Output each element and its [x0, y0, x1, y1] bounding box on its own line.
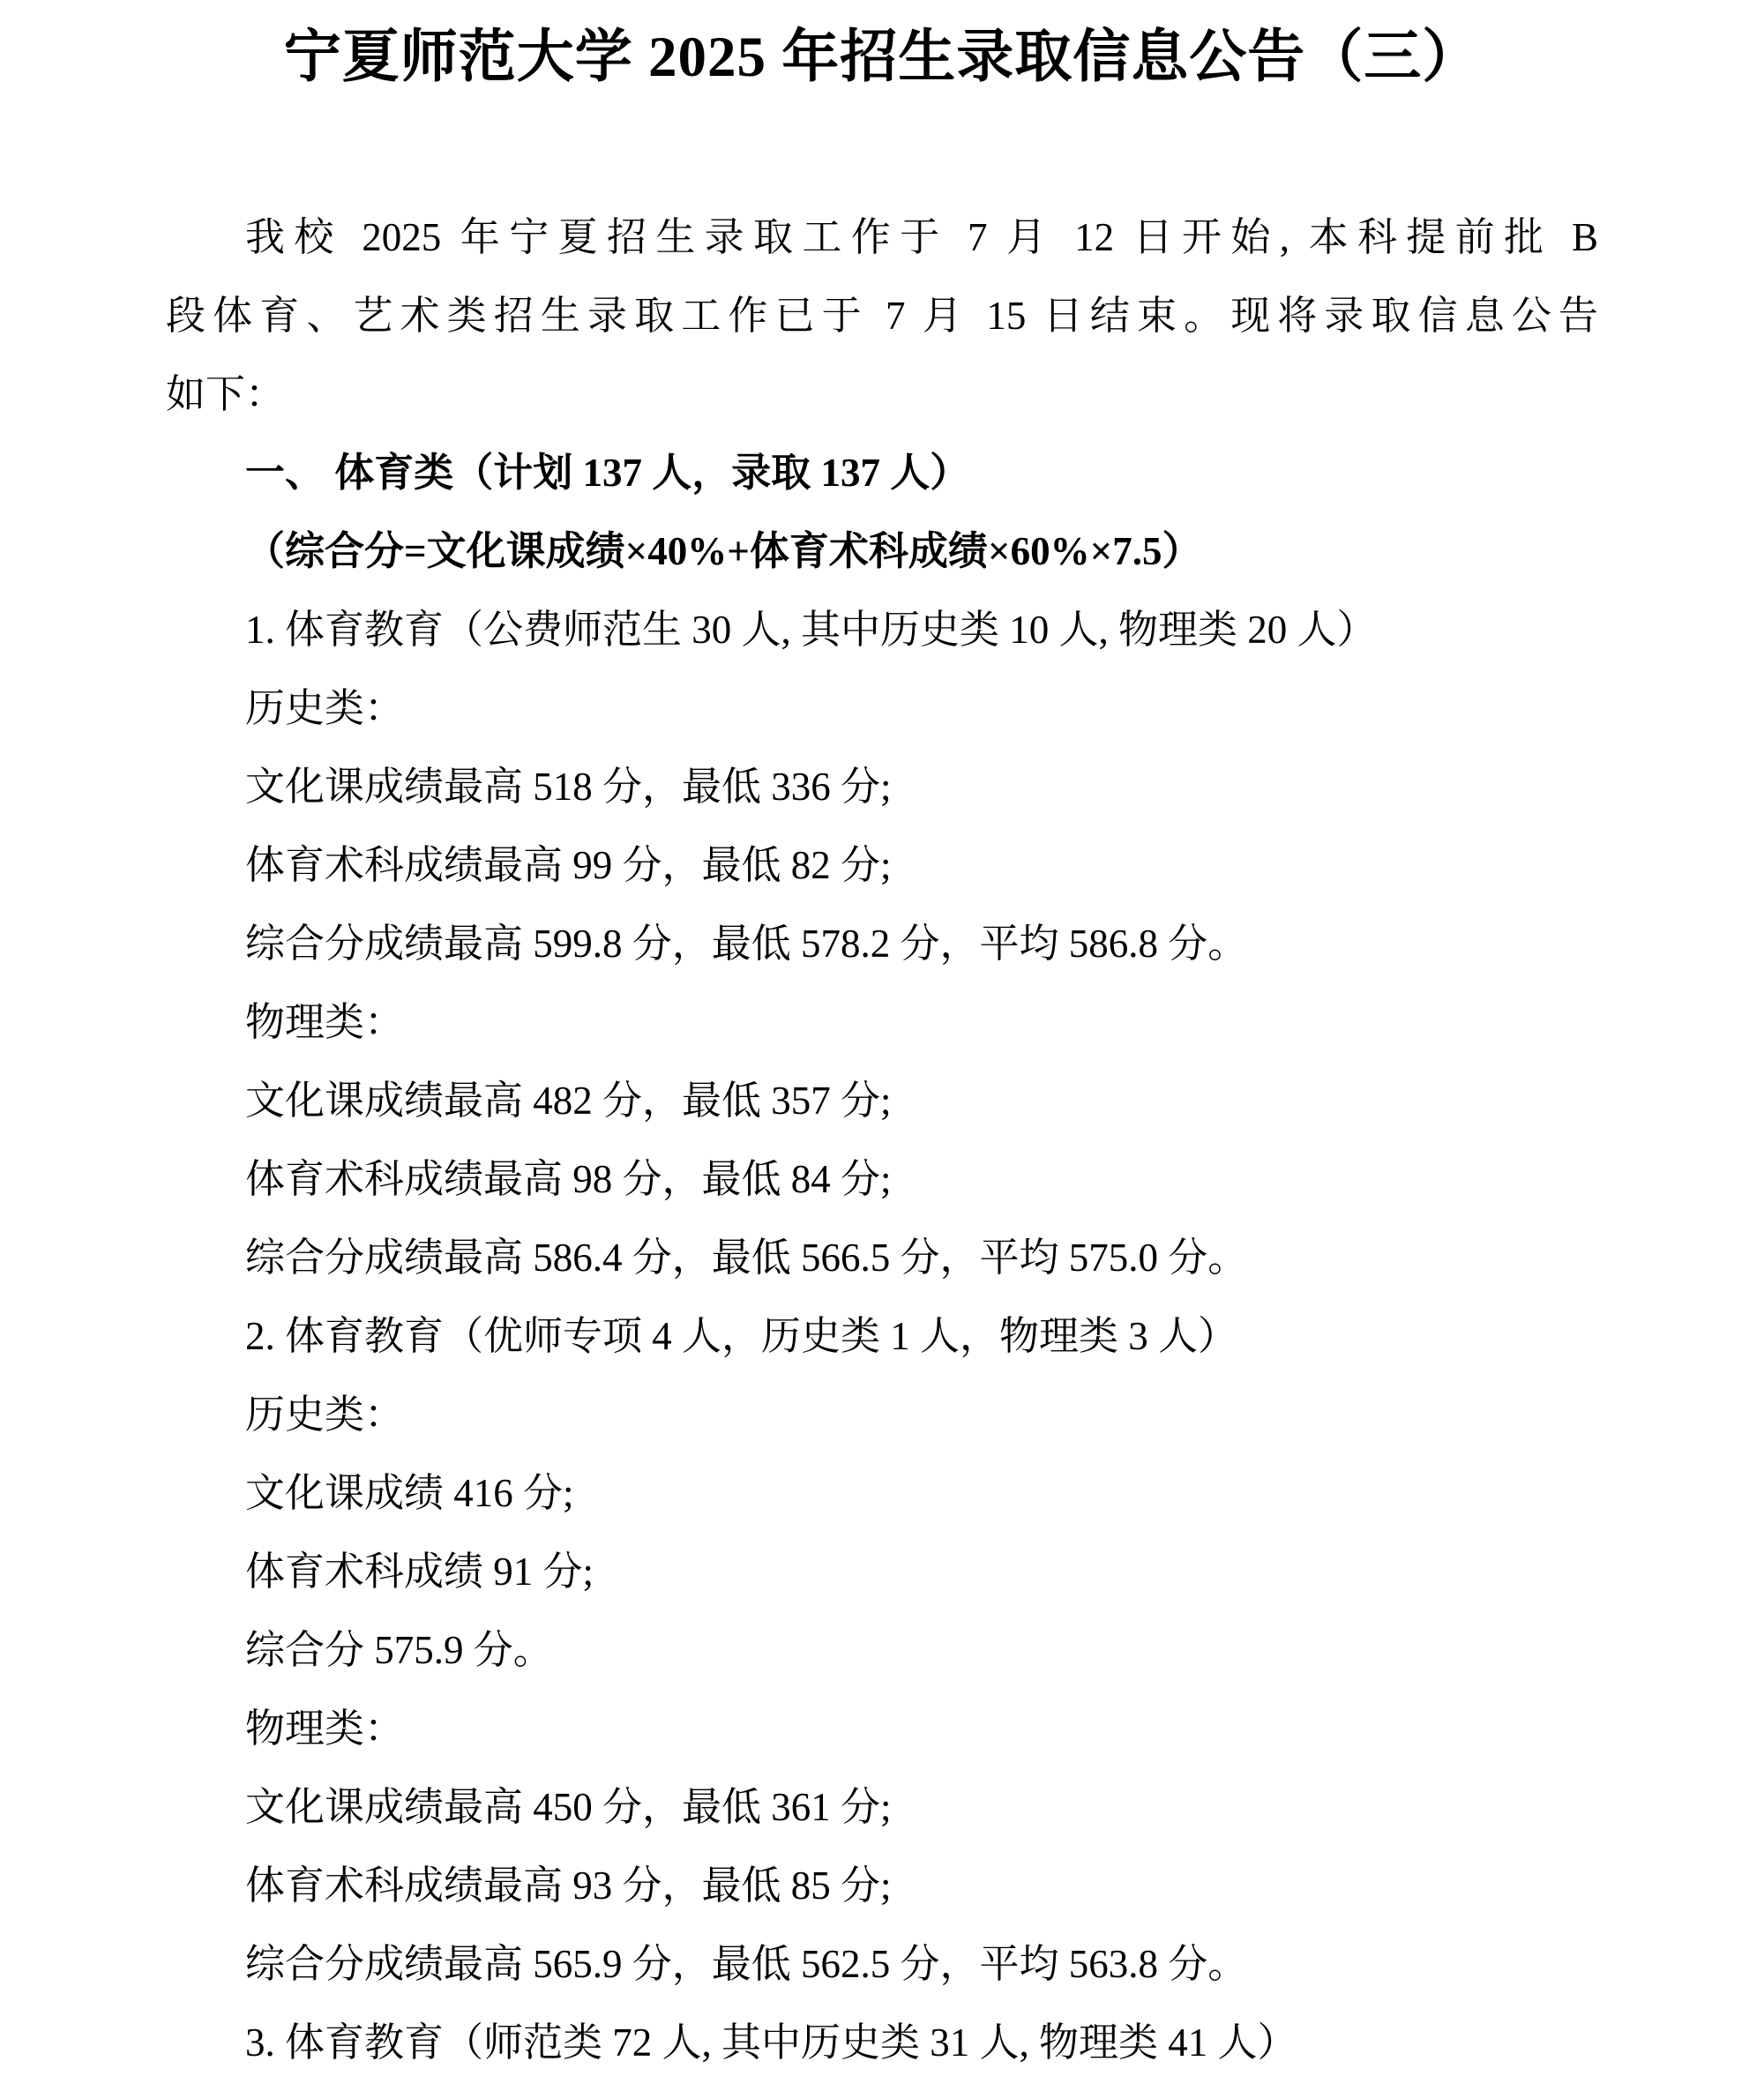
- document-page: 宁夏师范大学 2025 年招生录取信息公告（三） 我校 2025 年宁夏招生录取…: [0, 0, 1764, 2091]
- document-line: 体育术科成绩最高 93 分，最低 85 分;: [166, 1847, 1598, 1925]
- document-line: 2. 体育教育（优师专项 4 人，历史类 1 人，物理类 3 人）: [166, 1297, 1598, 1376]
- document-line: 段体育、艺术类招生录取工作已于 7 月 15 日结束。现将录取信息公告: [166, 277, 1598, 355]
- document-line: 物理类：: [166, 983, 1598, 1062]
- document-line: 3. 体育教育（师范类 72 人, 其中历史类 31 人, 物理类 41 人）: [166, 2004, 1598, 2082]
- document-body: 我校 2025 年宁夏招生录取工作于 7 月 12 日开始, 本科提前批 B段体…: [166, 198, 1598, 2082]
- document-line: 一、 体育类（计划 137 人，录取 137 人）: [166, 434, 1598, 512]
- document-line: 文化课成绩最高 482 分，最低 357 分;: [166, 1062, 1598, 1140]
- document-line: 综合分成绩最高 599.8 分，最低 578.2 分，平均 586.8 分。: [166, 905, 1598, 983]
- document-line: 综合分成绩最高 565.9 分，最低 562.5 分，平均 563.8 分。: [166, 1925, 1598, 2004]
- document-line: 1. 体育教育（公费师范生 30 人, 其中历史类 10 人, 物理类 20 人…: [166, 591, 1598, 669]
- document-line: 文化课成绩最高 450 分，最低 361 分;: [166, 1768, 1598, 1847]
- document-line: 我校 2025 年宁夏招生录取工作于 7 月 12 日开始, 本科提前批 B: [166, 198, 1598, 277]
- document-line: 综合分 575.9 分。: [166, 1611, 1598, 1690]
- document-line: 文化课成绩 416 分;: [166, 1454, 1598, 1533]
- document-line: 历史类：: [166, 1376, 1598, 1454]
- document-line: 体育术科成绩 91 分;: [166, 1533, 1598, 1611]
- document-line: 体育术科成绩最高 98 分，最低 84 分;: [166, 1140, 1598, 1219]
- document-line: 历史类：: [166, 669, 1598, 748]
- document-line: （综合分=文化课成绩×40%+体育术科成绩×60%×7.5）: [166, 512, 1598, 591]
- document-line: 文化课成绩最高 518 分，最低 336 分;: [166, 748, 1598, 826]
- document-line: 综合分成绩最高 586.4 分，最低 566.5 分，平均 575.0 分。: [166, 1219, 1598, 1297]
- page-title: 宁夏师范大学 2025 年招生录取信息公告（三）: [166, 16, 1598, 100]
- document-line: 体育术科成绩最高 99 分，最低 82 分;: [166, 826, 1598, 905]
- document-line: 物理类：: [166, 1690, 1598, 1768]
- document-line: 如下：: [166, 355, 1598, 434]
